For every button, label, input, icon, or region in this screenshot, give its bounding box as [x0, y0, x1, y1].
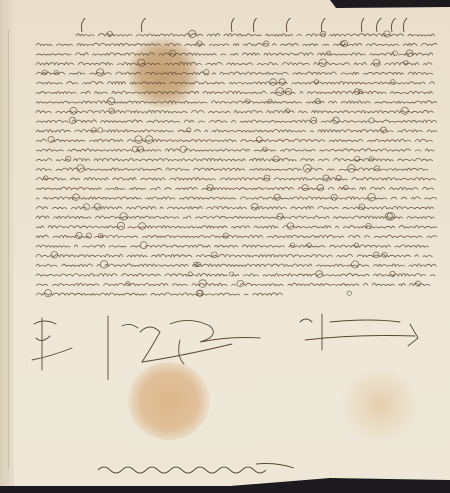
background-edge	[0, 486, 450, 493]
folded-edge	[0, 0, 14, 486]
parchment-page	[0, 0, 450, 486]
manuscript-body-text	[32, 18, 437, 310]
faint-stain	[340, 370, 420, 440]
signature-right	[300, 314, 418, 350]
signature-royal	[140, 320, 260, 364]
signature-mark	[108, 316, 138, 380]
fold-crease	[8, 30, 9, 470]
footer-annotation	[96, 462, 296, 474]
signature-left	[32, 318, 72, 370]
signature-block	[30, 310, 440, 380]
